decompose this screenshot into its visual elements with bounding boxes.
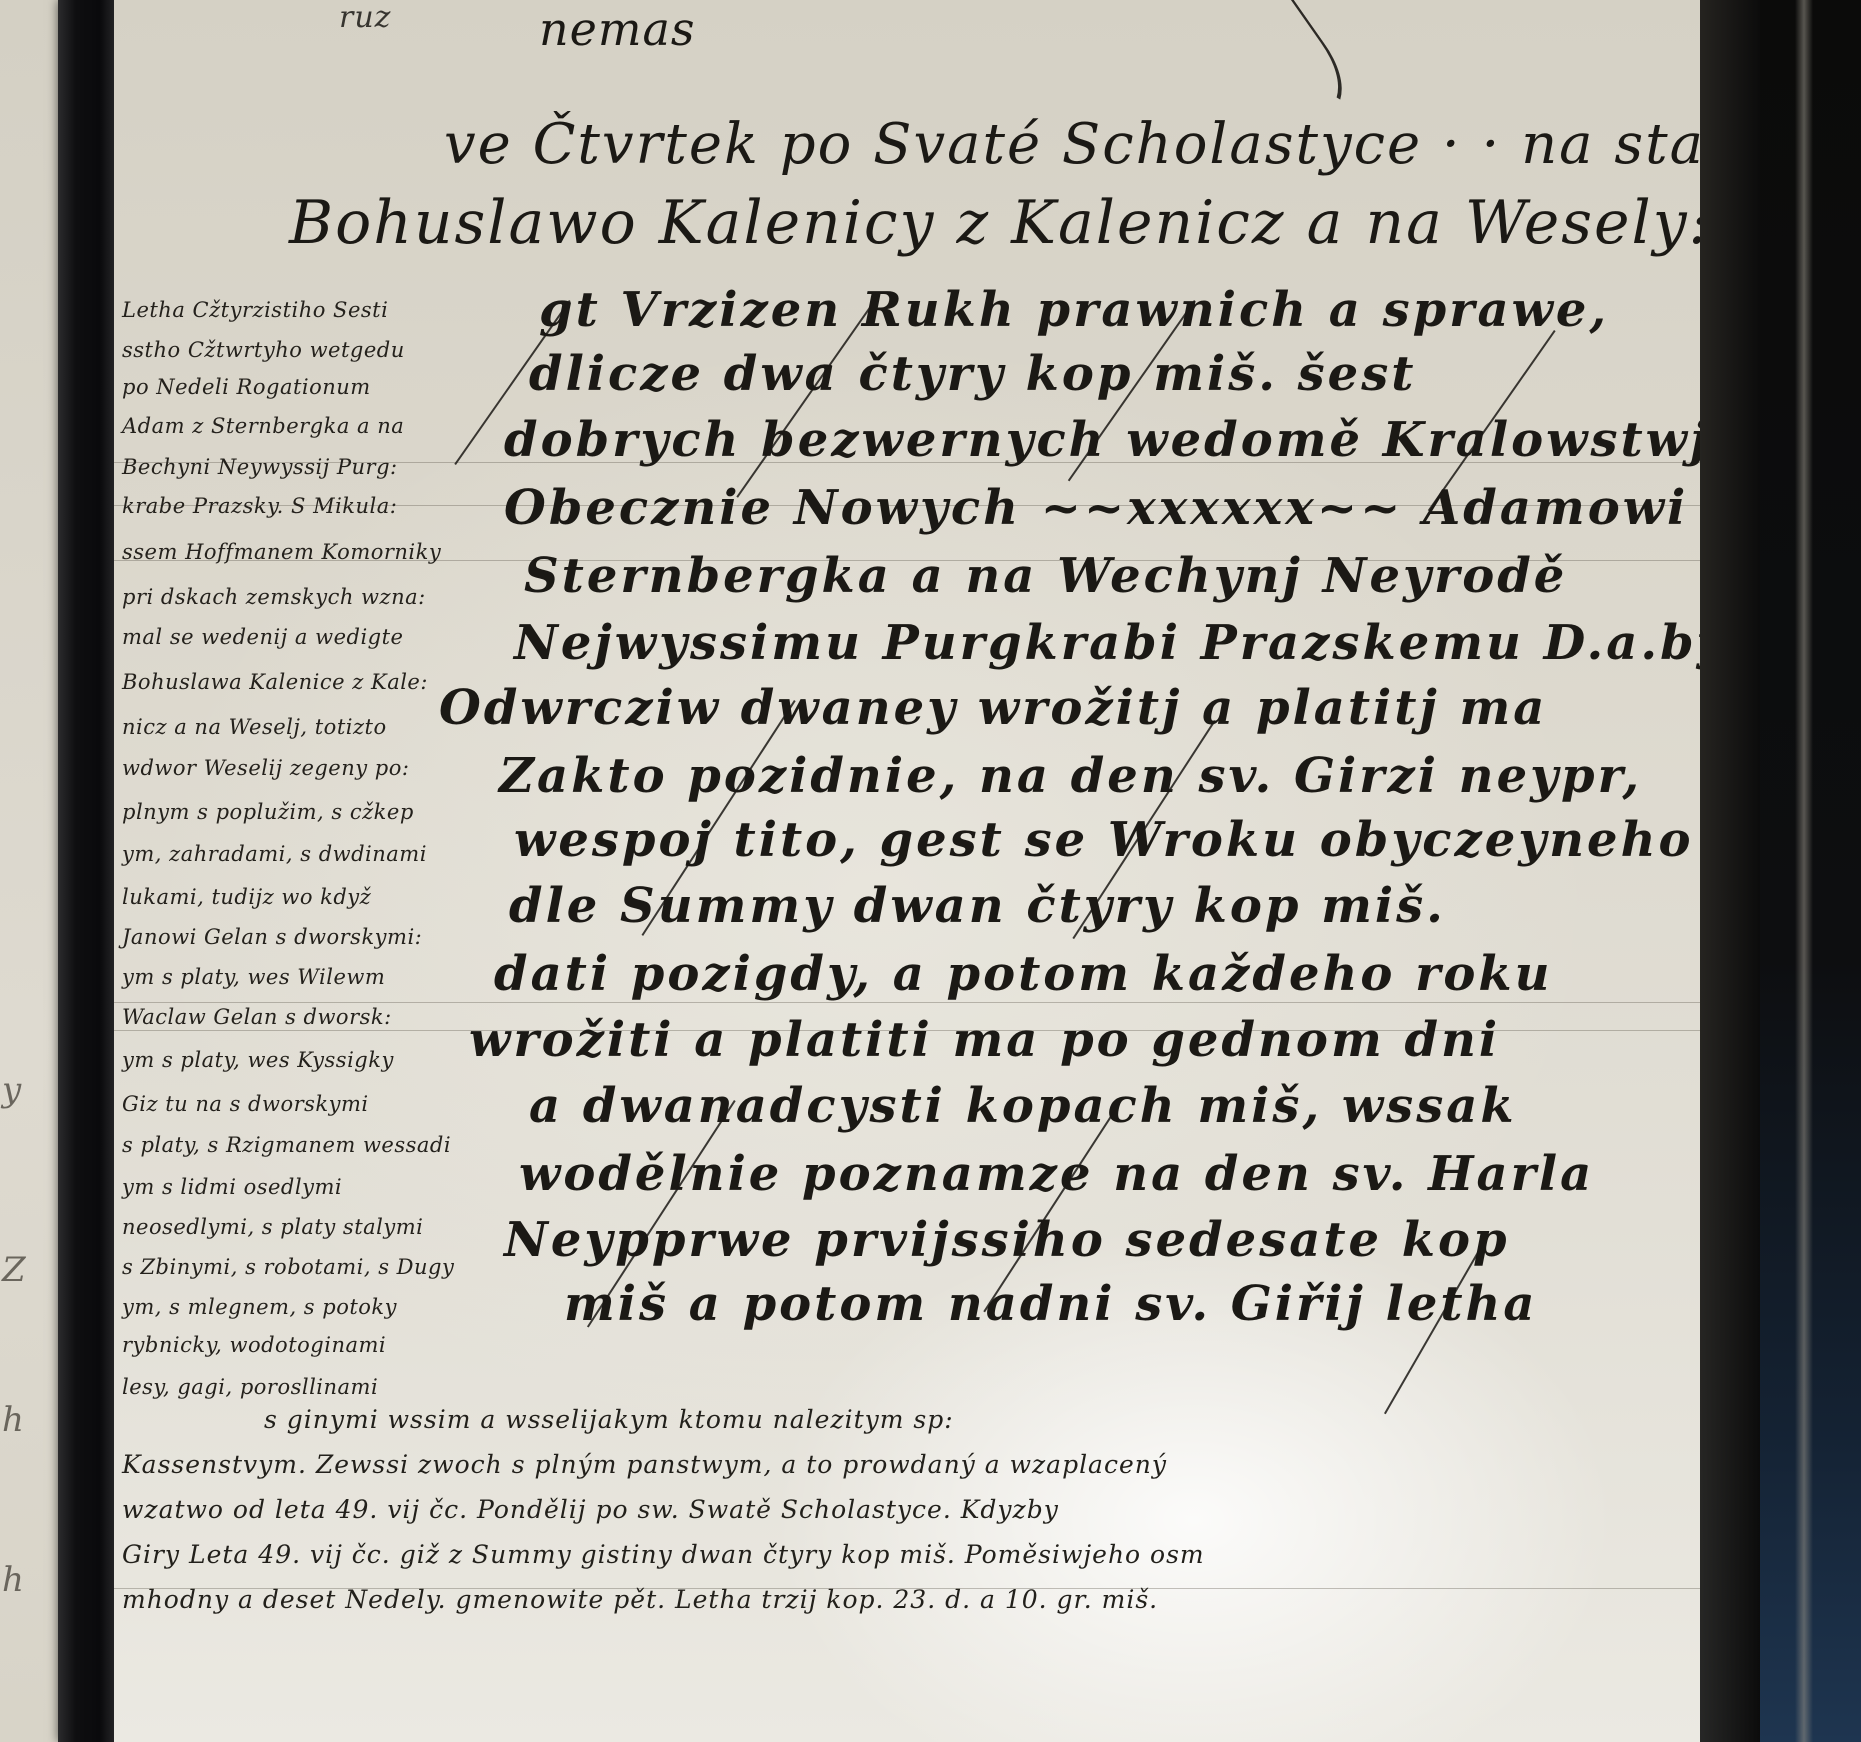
- main-text-line: Nejwyssimu Purgkrabi Prazskemu D.a.by: [514, 615, 1728, 671]
- binding-gutter-left: [58, 0, 118, 1742]
- prev-page-fragment: Z: [2, 1250, 26, 1290]
- margin-note-line: wdwor Weselij zegeny po:: [122, 756, 409, 780]
- margin-note-line: mal se wedenij a wedigte: [122, 625, 403, 649]
- binding-gutter-right: [1700, 0, 1861, 1742]
- margin-note-line: neosedlymi, s platy stalymi: [122, 1215, 423, 1239]
- ruled-line: [114, 1002, 1704, 1003]
- main-text-line: dlicze dwa čtyry kop miš. šest: [529, 346, 1416, 402]
- main-text-line: a dwanadcysti kopach miš, wssak: [529, 1078, 1517, 1134]
- page-edge-highlight: [1795, 0, 1813, 1742]
- main-text-line: Zakto pozidnie, na den sv. Girzi neypr,: [499, 748, 1642, 804]
- margin-note-line: rybnicky, wodotoginami: [122, 1333, 386, 1357]
- margin-note-line: ssem Hoffmanem Komorniky: [122, 540, 441, 564]
- footer-line: s ginymi wssim a wsselijakym ktomu nalez…: [264, 1405, 954, 1434]
- margin-note-line: Adam z Sternbergka a na: [122, 414, 404, 438]
- margin-note-line: s platy, s Rzigmanem wessadi: [122, 1133, 451, 1157]
- header-top-left: ruz: [339, 0, 391, 35]
- prev-page-fragment: y: [2, 1070, 21, 1110]
- main-text-line: Odwrcziw dwaney wrožitj a platitj ma: [439, 680, 1547, 736]
- main-text-line: dati pozigdy, a potom každeho roku: [494, 946, 1553, 1002]
- footer-line: mhodny a deset Nedely. gmenowite pět. Le…: [122, 1585, 1158, 1614]
- margin-note-line: lesy, gagi, porosllinami: [122, 1375, 378, 1399]
- margin-note-line: Janowi Gelan s dworskymi:: [122, 925, 422, 949]
- margin-note-line: Bohuslawa Kalenice z Kale:: [122, 670, 428, 694]
- margin-note-line: ym, s mlegnem, s potoky: [122, 1295, 397, 1319]
- margin-note-line: Waclaw Gelan s dworsk:: [122, 1005, 392, 1029]
- main-text-line: Obecznie Nowych ~~xxxxxx~~ Adamowi z: [504, 480, 1738, 536]
- margin-note-line: krabe Prazsky. S Mikula:: [122, 494, 397, 518]
- main-text-line: wrožiti a platiti ma po gednom dni: [469, 1012, 1500, 1068]
- margin-note-line: nicz a na Weselj, totizto: [122, 715, 387, 739]
- margin-note-line: lukami, tudijz wo když: [122, 885, 371, 909]
- main-text-line: gt Vrzizen Rukh prawnich a sprawe,: [539, 282, 1609, 338]
- footer-line: Giry Leta 49. vij čc. giž z Summy gistin…: [122, 1540, 1205, 1569]
- connector-flourish: [1071, 0, 1380, 123]
- margin-note-line: Letha Cžtyrzistiho Sesti: [122, 298, 388, 322]
- margin-note-line: ym s platy, wes Kyssigky: [122, 1048, 394, 1072]
- margin-note-line: po Nedeli Rogationum: [122, 375, 371, 399]
- header-top-center: nemas: [539, 2, 696, 56]
- margin-note-line: plnym s poplužim, s cžkep: [122, 800, 414, 824]
- previous-page-edge: y Z h h: [0, 0, 62, 1742]
- prev-page-fragment: h: [2, 1560, 24, 1600]
- name-line: Bohuslawo Kalenicy z Kalenicz a na Wesel…: [289, 188, 1813, 258]
- margin-note-line: Bechyni Neywyssij Purg:: [122, 455, 398, 479]
- main-text-line: Sternbergka a na Wechynj Neyrodě: [524, 548, 1567, 604]
- manuscript-page: ruz nemas ve Čtvrtek po Svaté Scholastyc…: [114, 0, 1704, 1742]
- margin-note-line: ym s lidmi osedlymi: [122, 1175, 342, 1199]
- page-edge-shadow: [1700, 0, 1760, 1742]
- margin-note-line: sstho Cžtwrtyho wetgedu: [122, 338, 405, 362]
- footer-line: wzatwo od leta 49. vij čc. Pondělij po s…: [122, 1495, 1059, 1524]
- prev-page-fragment: h: [2, 1400, 24, 1440]
- margin-note-line: s Zbinymi, s robotami, s Dugy: [122, 1255, 454, 1279]
- main-text-line: wodělnie poznamze na den sv. Harla: [519, 1146, 1594, 1202]
- margin-note-line: ym s platy, wes Wilewm: [122, 965, 385, 989]
- manuscript-photo: y Z h h ruz nemas ve Čtvrtek po Svaté Sc…: [0, 0, 1861, 1742]
- main-text-line: dobrych bezwernych wedomě Kralowstwj: [504, 412, 1710, 468]
- margin-note-line: Giz tu na s dworskymi: [122, 1092, 369, 1116]
- margin-note-line: pri dskach zemskych wzna:: [122, 585, 426, 609]
- main-text-line: miš a potom nadni sv. Giřij letha: [564, 1276, 1538, 1332]
- margin-note-line: ym, zahradami, s dwdinami: [122, 842, 427, 866]
- footer-line: Kassenstvym. Zewssi zwoch s plným panstw…: [122, 1450, 1167, 1479]
- date-line: ve Čtvrtek po Svaté Scholastyce · · na s…: [444, 112, 1760, 177]
